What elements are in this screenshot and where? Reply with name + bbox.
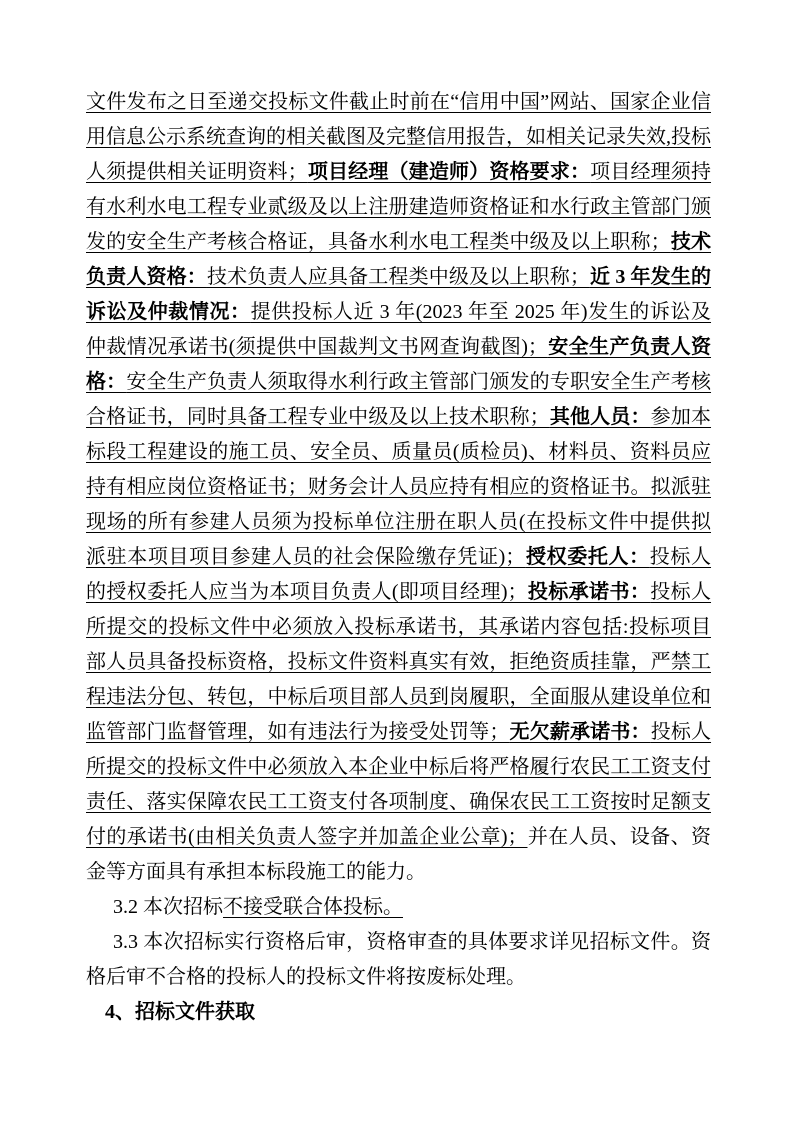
text-run: 不接受联合体投标。 — [223, 896, 403, 918]
clause-3-2: 3.2 本次招标不接受联合体投标。 — [86, 890, 711, 925]
qualification-requirements-paragraph: 文件发布之日至递交投标文件截止时前在“信用中国”网站、国家企业信用信息公示系统查… — [86, 85, 711, 890]
text-run: 投标人所提交的投标文件中必须放入投标承诺书，其承诺内容包括:投标项目部人员具备投… — [86, 581, 711, 743]
text-run: 无欠薪承诺书： — [509, 721, 650, 743]
document-body: 文件发布之日至递交投标文件截止时前在“信用中国”网站、国家企业信用信息公示系统查… — [86, 85, 711, 1030]
text-run: 4、招标文件获取 — [105, 1001, 255, 1023]
section-heading-4: 4、招标文件获取 — [86, 995, 711, 1030]
text-run: 项目经理（建造师）资格要求： — [308, 161, 591, 183]
text-run: 投标承诺书： — [528, 581, 651, 603]
text-run: 参加本标段工程建设的施工员、安全员、质量员(质检员)、材料员、资料员应持有相应岗… — [86, 406, 711, 568]
clause-3-3: 3.3 本次招标实行资格后审，资格审查的具体要求详见招标文件。资格后审不合格的投… — [86, 925, 711, 995]
document-page: 文件发布之日至递交投标文件截止时前在“信用中国”网站、国家企业信用信息公示系统查… — [0, 0, 793, 1122]
text-run: 技术负责人应具备工程类中级及以上职称； — [207, 266, 590, 288]
text-run: 3.2 本次招标 — [113, 896, 223, 918]
text-run: 其他人员： — [550, 406, 651, 428]
text-run: 授权委托人： — [525, 546, 649, 568]
text-run: 3.3 本次招标实行资格后审，资格审查的具体要求详见招标文件。资格后审不合格的投… — [86, 931, 711, 988]
